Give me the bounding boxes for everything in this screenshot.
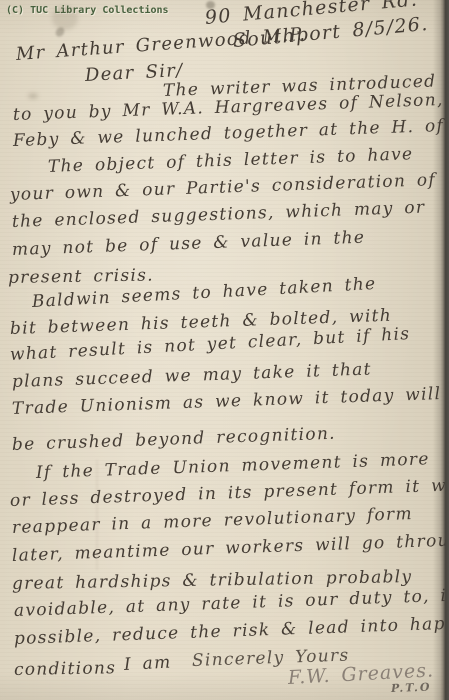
paper-smudge: [54, 26, 66, 39]
body-line: may not be of use & value in the: [12, 229, 366, 260]
body-line: plans succeed we may take it that: [12, 360, 372, 391]
watermark: (C) TUC Library Collections: [6, 5, 169, 16]
closing-body-end: conditions: [14, 659, 117, 679]
body-line: later, meantime our workers will go thro…: [12, 531, 449, 566]
recipient-line: Mr Arthur Greenwood M.P.: [15, 25, 307, 65]
scan-edge: [433, 0, 449, 700]
body-line: be crushed beyond recognition.: [12, 425, 337, 455]
body-line: present crisis.: [8, 266, 154, 287]
body-line: reappear in a more revolutionary form: [12, 505, 414, 538]
pto-note: P.T.O: [391, 682, 432, 695]
closing-i-am: I am: [124, 654, 172, 675]
body-line: possible, reduce the risk & lead into ha…: [14, 614, 449, 649]
body-line: Trade Unionism as we know it today will: [12, 385, 442, 419]
paper-smudge: [28, 93, 38, 99]
letter-page: (C) TUC Library Collections 90 Mancheste…: [0, 0, 449, 700]
